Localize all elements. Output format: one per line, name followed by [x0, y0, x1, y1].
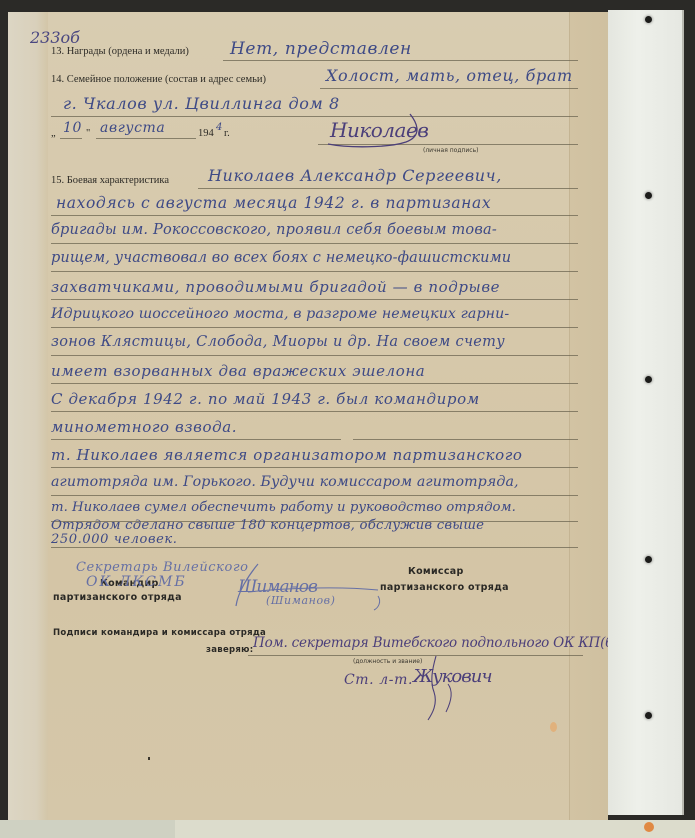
combat-rule-5 — [51, 327, 578, 328]
date-quote-open: „ — [51, 128, 56, 139]
date-year-prefix: 194 — [198, 128, 214, 139]
scanner-bed-bottom-left — [0, 820, 175, 838]
combat-rule-4 — [51, 299, 578, 300]
commander-label-line2: партизанского отряда — [53, 592, 182, 603]
combat-rule-10 — [51, 467, 578, 468]
combat-rule-1 — [51, 215, 578, 216]
binding-hole-icon — [645, 16, 652, 23]
combat-rule-6 — [51, 355, 578, 356]
commander-handwritten-line1: Секретарь Вилейского — [76, 560, 249, 575]
commissar-label-line1: Комиссар — [408, 566, 464, 577]
date-year-unit: г. — [224, 128, 230, 139]
page-right-fold — [569, 12, 608, 820]
binding-hole-icon — [645, 192, 652, 199]
combat-line-14: 250.000 человек. — [51, 532, 178, 547]
certification-value: Пом. секретаря Витебского подпольного ОК… — [253, 635, 608, 651]
combat-label: 15. Боевая характеристика — [51, 175, 169, 186]
combat-line-0: Николаев Александр Сергеевич, — [208, 166, 502, 185]
date-month: августа — [100, 120, 165, 136]
binding-hole-icon — [645, 556, 652, 563]
family-value-line2: г. Чкалов ул. Цвиллинга дом 8 — [63, 94, 340, 113]
combat-rule-9a — [51, 439, 341, 440]
certification-label-line1: Подписи командира и комиссара отряда — [53, 628, 266, 638]
combat-line-13: Отрядом сделано свыше 180 концертов, обс… — [51, 518, 484, 533]
combat-line-1: находясь с августа месяца 1942 г. в парт… — [56, 194, 491, 212]
combat-rule-13 — [51, 547, 578, 548]
combat-line-5: Идрицкого шоссейного моста, в разгроме н… — [51, 306, 509, 322]
combat-line-11: агитотряда им. Горького. Будучи комиссар… — [51, 474, 519, 490]
archive-number: 233об — [30, 28, 80, 47]
page-left-margin — [8, 12, 48, 820]
combat-rule-11 — [51, 495, 578, 496]
family-rule-1 — [320, 88, 578, 89]
combat-line-12: т. Николаев сумел обеспечить работу и ру… — [51, 500, 516, 515]
date-day: 10 — [63, 120, 82, 136]
date-day-rule — [60, 138, 82, 139]
awards-rule — [223, 60, 578, 61]
combat-line-8: С декабря 1942 г. по май 1943 г. был ком… — [51, 390, 480, 408]
date-year-suffix: 4 — [216, 122, 223, 133]
combat-rule-9b — [353, 439, 578, 440]
certification-label-line2: заверяю: — [206, 645, 253, 655]
combat-rule-0 — [198, 188, 578, 189]
commander-handwritten-line2: ОК ЛКСМБ — [86, 574, 187, 590]
combat-rule-7 — [51, 383, 578, 384]
combat-rule-2 — [51, 243, 578, 244]
combat-rule-3 — [51, 271, 578, 272]
binding-hole-icon — [645, 376, 652, 383]
commander-name-caption: (Шиманов) — [266, 594, 336, 607]
commissar-label-line2: партизанского отряда — [380, 582, 509, 593]
combat-line-6: зонов Клястицы, Слобода, Миоры и др. На … — [51, 334, 505, 350]
date-month-rule — [96, 138, 196, 139]
awards-label: 13. Награды (ордена и медали) — [51, 46, 189, 57]
binding-strip — [608, 10, 684, 815]
combat-line-9: минометного взвода. — [51, 418, 237, 436]
family-value-line1: Холост, мать, отец, брат — [326, 66, 573, 85]
combat-line-2: бригады им. Рокоссовского, проявил себя … — [51, 222, 497, 238]
document-page: 233об 13. Награды (ордена и медали) Нет,… — [8, 12, 608, 820]
combat-line-10: т. Николаев является организатором парти… — [51, 446, 523, 464]
combat-rule-8 — [51, 411, 578, 412]
date-quote-close: " — [86, 128, 90, 139]
family-label: 14. Семейное положение (состав и адрес с… — [51, 74, 266, 85]
binding-hole-icon — [645, 712, 652, 719]
signature-flourish-icon — [318, 110, 448, 150]
paper-stain — [550, 722, 557, 732]
combat-line-3: рищем, участвовал во всех боях с немецко… — [51, 250, 511, 266]
awards-value: Нет, представлен — [230, 39, 412, 59]
certification-signature-flourish-icon — [388, 652, 468, 722]
family-rule-2 — [51, 116, 578, 117]
orange-light-spot — [644, 822, 654, 832]
paper-speck — [148, 757, 150, 760]
combat-line-4: захватчиками, проводимыми бригадой — в п… — [51, 278, 500, 296]
combat-line-7: имеет взорванных два вражеских эшелона — [51, 362, 425, 380]
signature-caption: (личная подпись) — [423, 147, 478, 154]
